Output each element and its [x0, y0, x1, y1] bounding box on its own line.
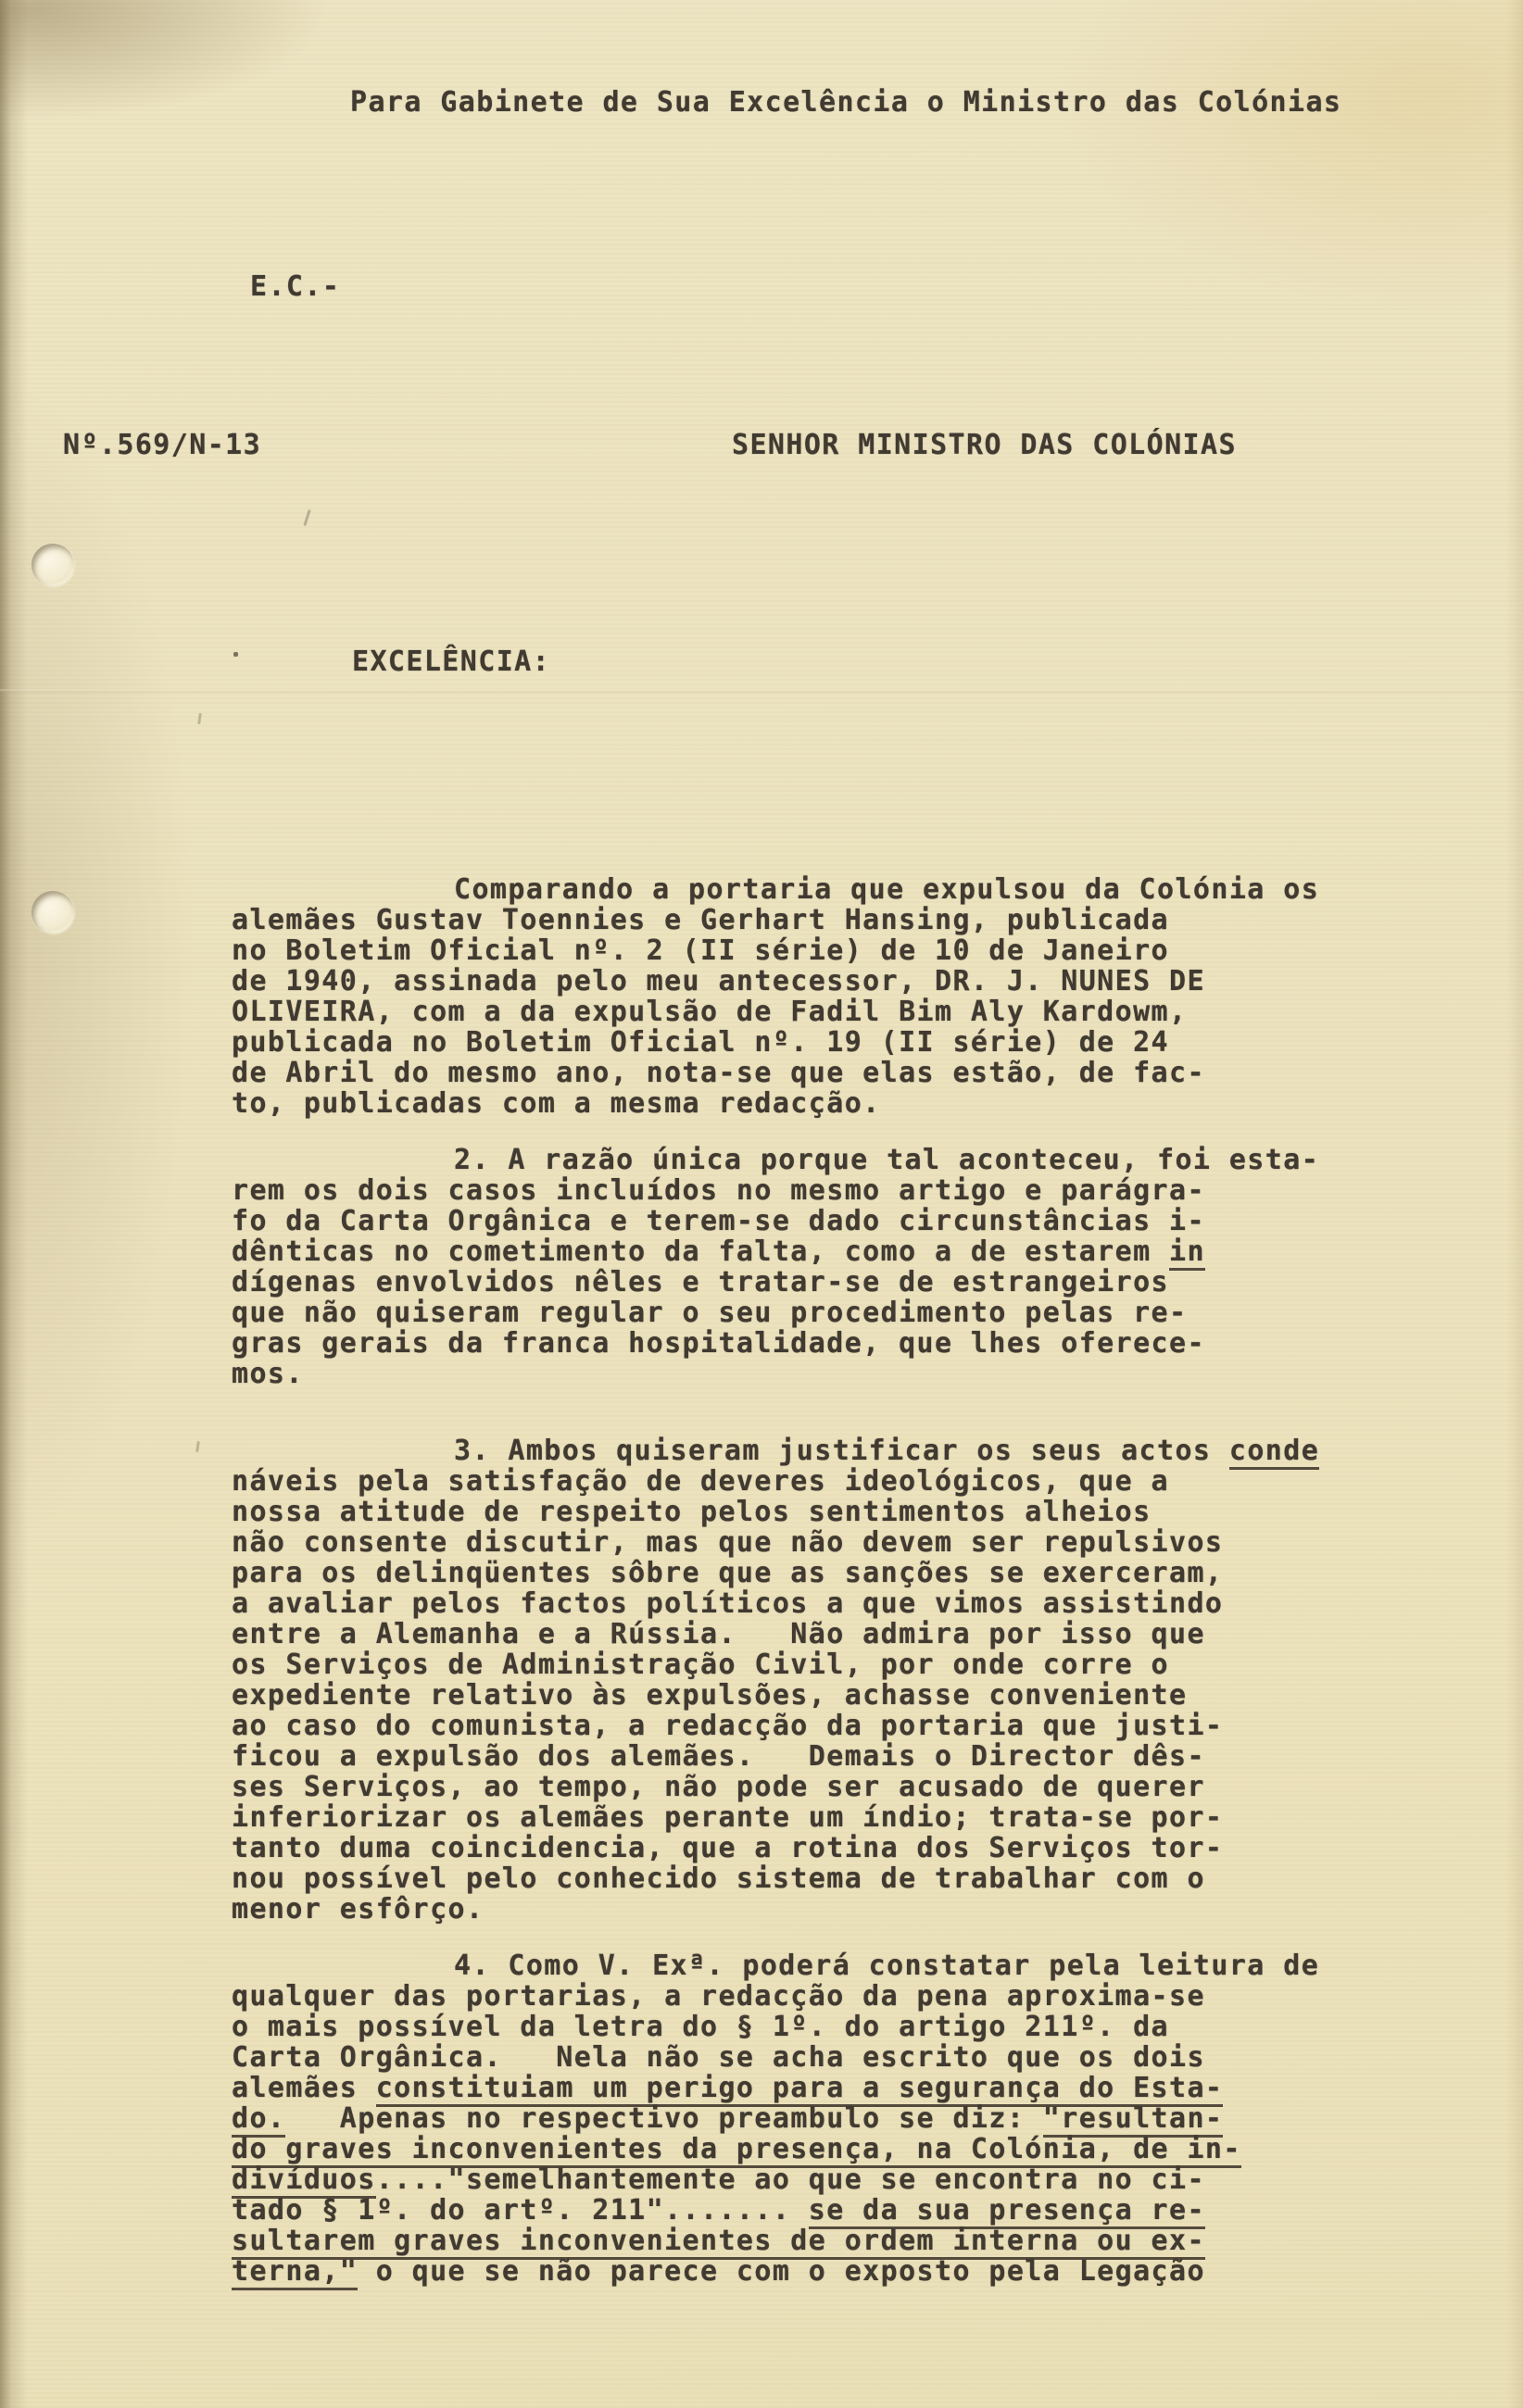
text-line: nou possível pelo conhecido sistema de t…	[232, 1863, 1436, 1894]
text-segment: mos.	[232, 1358, 304, 1390]
text-segment: rem os dois casos incluídos no mesmo art…	[232, 1174, 1205, 1207]
text-line: nossa atitude de respeito pelos sentimen…	[232, 1497, 1436, 1527]
text-line: expediente relativo às expulsões, achass…	[232, 1680, 1436, 1711]
text-line: menor esfôrço.	[232, 1894, 1436, 1925]
text-line: 3. Ambos quiseram justificar os seus act…	[232, 1436, 1436, 1466]
text-segment: publicada no Boletim Oficial nº. 19 (II …	[232, 1026, 1169, 1059]
text-segment: no Boletim Oficial nº. 2 (II série) de 1…	[232, 934, 1169, 967]
text-segment: ses Serviços, ao tempo, não pode ser acu…	[232, 1771, 1205, 1803]
text-line: entre a Alemanha e a Rússia. Não admira …	[232, 1619, 1436, 1649]
text-line: ficou a expulsão dos alemães. Demais o D…	[232, 1741, 1436, 1772]
text-line: tanto duma coincidencia, que a rotina do…	[232, 1833, 1436, 1863]
text-segment: Carta Orgânica. Nela não se acha escrito…	[232, 2041, 1205, 2074]
text-line: to, publicadas com a mesma redacção.	[232, 1088, 1436, 1119]
text-segment: de Abril do mesmo ano, nota-se que elas …	[232, 1057, 1205, 1089]
text-segment: não consente discutir, mas que não devem…	[232, 1526, 1223, 1559]
text-segment: alemães Gustav Toennies e Gerhart Hansin…	[232, 904, 1169, 936]
text-line: alemães constituiam um perigo para a seg…	[232, 2073, 1436, 2103]
text-line: dígenas envolvidos nêles e tratar-se de …	[232, 1267, 1436, 1298]
text-segment: ficou a expulsão dos alemães. Demais o D…	[232, 1740, 1205, 1773]
text-line: OLIVEIRA, com a da expulsão de Fadil Bim…	[232, 997, 1436, 1027]
text-line: ao caso do comunista, a redacção da port…	[232, 1711, 1436, 1741]
text-line: que não quiseram regular o seu procedime…	[232, 1298, 1436, 1328]
text-segment: tanto duma coincidencia, que a rotina do…	[232, 1832, 1223, 1864]
ink-speck	[197, 713, 202, 724]
text-segment: tado § 1º. do artº. 211".......	[232, 2194, 809, 2226]
hole-punch	[31, 544, 74, 586]
text-segment: expediente relativo às expulsões, achass…	[232, 1679, 1187, 1712]
underlined-text: conde	[1229, 1435, 1319, 1470]
underlined-text: terna,"	[232, 2255, 358, 2290]
reference-code: E.C.-	[250, 271, 340, 302]
paragraph: 4. Como V. Exª. poderá constatar pela le…	[232, 1950, 1436, 2287]
text-line: Carta Orgânica. Nela não se acha escrito…	[232, 2042, 1436, 2073]
text-line: dênticas no cometimento da falta, como a…	[232, 1236, 1436, 1267]
text-line: a avaliar pelos factos políticos a que v…	[232, 1588, 1436, 1619]
text-segment: ...."semelhantemente ao que se encontra …	[376, 2163, 1205, 2196]
text-segment: de 1940, assinada pelo meu antecessor, D…	[232, 965, 1205, 997]
text-segment: gras gerais da franca hospitalidade, que…	[232, 1327, 1205, 1360]
salutation: EXCELÊNCIA:	[352, 646, 550, 677]
paragraph: 2. A razão única porque tal aconteceu, f…	[232, 1145, 1436, 1389]
text-line: 4. Como V. Exª. poderá constatar pela le…	[232, 1950, 1436, 1981]
text-line: inferiorizar os alemães perante um índio…	[232, 1802, 1436, 1833]
text-segment: ao caso do comunista, a redacção da port…	[232, 1710, 1223, 1742]
text-segment: fo da Carta Orgânica e terem-se dado cir…	[232, 1205, 1205, 1237]
text-segment: inferiorizar os alemães perante um índio…	[232, 1801, 1223, 1834]
text-segment: menor esfôrço.	[232, 1893, 484, 1925]
text-line: mos.	[232, 1359, 1436, 1389]
text-segment: entre a Alemanha e a Rússia. Não admira …	[232, 1618, 1205, 1650]
text-line: o mais possível da letra do § 1º. do art…	[232, 2012, 1436, 2042]
text-line: gras gerais da franca hospitalidade, que…	[232, 1328, 1436, 1359]
text-segment: que não quiseram regular o seu procedime…	[232, 1297, 1187, 1329]
hole-punch	[31, 891, 74, 934]
text-line: divíduos...."semelhantemente ao que se e…	[232, 2164, 1436, 2195]
addressee-line: SENHOR MINISTRO DAS COLÓNIAS	[732, 430, 1237, 460]
text-line: qualquer das portarias, a redacção da pe…	[232, 1981, 1436, 2012]
text-line: os Serviços de Administração Civil, por …	[232, 1649, 1436, 1680]
fold-crease	[0, 689, 1523, 693]
text-segment: o mais possível da letra do § 1º. do art…	[232, 2011, 1169, 2043]
document-body: Comparando a portaria que expulsou da Co…	[232, 874, 1436, 2313]
text-segment: nossa atitude de respeito pelos sentimen…	[232, 1496, 1152, 1528]
text-segment: dênticas no cometimento da falta, como a…	[232, 1235, 1169, 1268]
text-line: Comparando a portaria que expulsou da Co…	[232, 874, 1436, 905]
text-line: alemães Gustav Toennies e Gerhart Hansin…	[232, 905, 1436, 935]
text-line: tado § 1º. do artº. 211"....... se da su…	[232, 2195, 1436, 2226]
ink-speck	[195, 1441, 200, 1452]
text-line: 2. A razão única porque tal aconteceu, f…	[232, 1145, 1436, 1175]
text-line: terna," o que se não parece com o expost…	[232, 2256, 1436, 2287]
text-line: fo da Carta Orgânica e terem-se dado cir…	[232, 1206, 1436, 1236]
text-segment: OLIVEIRA, com a da expulsão de Fadil Bim…	[232, 996, 1187, 1028]
text-segment: 4. Como V. Exª. poderá constatar pela le…	[454, 1950, 1319, 1982]
paragraph: Comparando a portaria que expulsou da Co…	[232, 874, 1436, 1119]
text-line: publicada no Boletim Oficial nº. 19 (II …	[232, 1027, 1436, 1058]
text-segment: dígenas envolvidos nêles e tratar-se de …	[232, 1266, 1169, 1298]
ink-speck	[303, 509, 310, 526]
text-segment: 3. Ambos quiseram justificar os seus act…	[454, 1435, 1229, 1467]
text-line: do graves inconvenientes da presença, na…	[232, 2134, 1436, 2164]
text-line: do. Apenas no respectivo preambulo se di…	[232, 2103, 1436, 2134]
text-segment: náveis pela satisfação de deveres ideoló…	[232, 1465, 1169, 1498]
text-segment: os Serviços de Administração Civil, por …	[232, 1649, 1169, 1681]
text-line: sultarem graves inconvenientes de ordem …	[232, 2226, 1436, 2256]
document-page: Para Gabinete de Sua Excelência o Minist…	[0, 0, 1523, 2408]
text-line: no Boletim Oficial nº. 2 (II série) de 1…	[232, 935, 1436, 966]
paragraph: 3. Ambos quiseram justificar os seus act…	[232, 1436, 1436, 1925]
text-segment: a avaliar pelos factos políticos a que v…	[232, 1587, 1223, 1620]
text-line: de 1940, assinada pelo meu antecessor, D…	[232, 966, 1436, 997]
text-line: para os delinqüentes sôbre que as sançõe…	[232, 1558, 1436, 1588]
ink-speck	[233, 652, 238, 657]
text-segment: to, publicadas com a mesma redacção.	[232, 1087, 881, 1120]
text-segment: nou possível pelo conhecido sistema de t…	[232, 1862, 1205, 1895]
text-segment: Apenas no respectivo preambulo se diz:	[285, 2102, 1042, 2135]
text-segment: o que se não parece com o exposto pela L…	[358, 2255, 1205, 2288]
underlined-text: in	[1169, 1235, 1205, 1271]
text-segment: qualquer das portarias, a redacção da pe…	[232, 1980, 1205, 2013]
text-segment: Comparando a portaria que expulsou da Co…	[454, 873, 1319, 906]
text-segment: alemães	[232, 2072, 376, 2104]
doc-number: Nº.569/N-13	[63, 430, 261, 460]
text-line: de Abril do mesmo ano, nota-se que elas …	[232, 1058, 1436, 1088]
text-line: náveis pela satisfação de deveres ideoló…	[232, 1466, 1436, 1497]
text-segment: 2. A razão única porque tal aconteceu, f…	[454, 1144, 1319, 1176]
header-line: Para Gabinete de Sua Excelência o Minist…	[350, 87, 1341, 118]
text-line: ses Serviços, ao tempo, não pode ser acu…	[232, 1772, 1436, 1802]
text-line: não consente discutir, mas que não devem…	[232, 1527, 1436, 1558]
text-segment: para os delinqüentes sôbre que as sançõe…	[232, 1557, 1223, 1589]
text-line: rem os dois casos incluídos no mesmo art…	[232, 1175, 1436, 1206]
